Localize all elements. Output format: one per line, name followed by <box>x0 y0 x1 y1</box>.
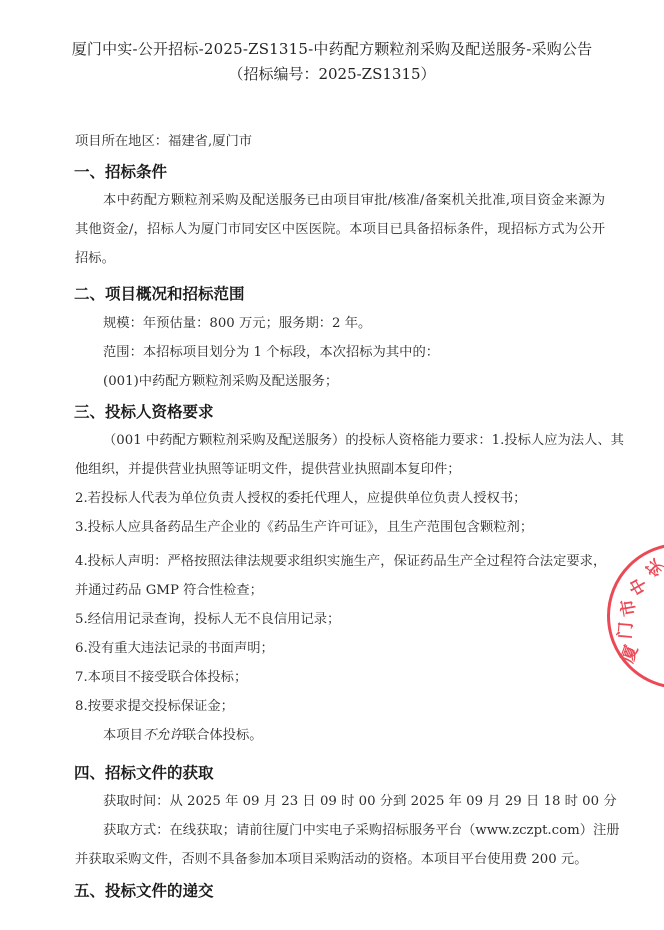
acquisition-time: 获取时间：从 2025 年 09 月 23 日 09 时 00 分到 2025 … <box>103 793 605 811</box>
seal-char: 实 <box>644 555 664 579</box>
section-heading-5: 五、投标文件的递交 <box>74 881 214 901</box>
qualification-line: （001 中药配方颗粒剂采购及配送服务）的投标人资格能力要求：1.投标人应为法人… <box>103 432 605 450</box>
document-page: 厦门中实-公开招标-2025-ZS1315-中药配方颗粒剂采购及配送服务-采购公… <box>0 0 664 930</box>
acquisition-method: 获取方式：在线获取；请前往厦门中实电子采购招标服务平台（www.zczpt.co… <box>103 822 605 840</box>
seal-char: 市 <box>620 598 640 618</box>
qualification-item-3: 3.投标人应具备药品生产企业的《药品生产许可证》，且生产范围包含颗粒剂； <box>75 519 605 537</box>
qualification-line: 他组织，并提供营业执照等证明文件，提供营业执照副本复印件； <box>75 461 605 479</box>
paragraph-line: 其他资金/，招标人为厦门市同安区中医医院。本项目已具备招标条件，现招标方式为公开 <box>75 221 605 239</box>
qualification-item-6: 6.没有重大违法记录的书面声明； <box>75 640 605 658</box>
section-heading-2: 二、项目概况和招标范围 <box>74 284 245 304</box>
tender-number: （招标编号：2025-ZS1315） <box>0 63 664 84</box>
qualification-item-4: 4.投标人声明：严格按照法律法规要求组织实施生产，保证药品生产全过程符合法定要求… <box>75 553 605 571</box>
consortium-note: 本项目不允许联合体投标。 <box>103 727 605 745</box>
section-heading-3: 三、投标人资格要求 <box>74 402 214 422</box>
qualification-item-8: 8.按要求提交投标保证金； <box>75 698 605 716</box>
scale-line: 规模：年预估量：800 万元；服务期：2 年。 <box>103 315 605 333</box>
consortium-prefix: 本项目 <box>103 728 143 743</box>
seal-char: 门 <box>617 621 635 639</box>
acquisition-method-cont: 并获取采购文件，否则不具备参加本项目采购活动的资格。本项目平台使用费 200 元… <box>75 851 605 869</box>
document-title: 厦门中实-公开招标-2025-ZS1315-中药配方颗粒剂采购及配送服务-采购公… <box>0 38 664 59</box>
qualification-item-5: 5.经信用记录查询，投标人无不良信用记录； <box>75 611 605 629</box>
qualification-item-4-cont: 并通过药品 GMP 符合性检查； <box>75 582 605 600</box>
seal-char: 中 <box>628 574 651 597</box>
paragraph-line: 本中药配方颗粒剂采购及配送服务已由项目审批/核准/备案机关批准,项目资金来源为 <box>103 192 605 210</box>
company-seal: 厦 门 市 中 实 采 <box>607 543 664 689</box>
paragraph-line: 招标。 <box>75 250 605 268</box>
section-heading-4: 四、招标文件的获取 <box>74 763 214 783</box>
seal-char: 厦 <box>620 644 642 666</box>
qualification-item-2: 2.若投标人代表为单位负责人授权的委托代理人，应提供单位负责人授权书； <box>75 490 605 508</box>
project-region: 项目所在地区：福建省,厦门市 <box>75 133 605 151</box>
consortium-suffix: 联合体投标。 <box>183 728 263 743</box>
section-heading-1: 一、招标条件 <box>74 162 167 182</box>
qualification-item-7: 7.本项目不接受联合体投标； <box>75 669 605 687</box>
scope-line: 范围：本招标项目划分为 1 个标段，本次招标为其中的： <box>103 344 605 362</box>
lot-line: (001)中药配方颗粒剂采购及配送服务； <box>103 373 605 391</box>
consortium-not-allowed: 不允许 <box>143 728 183 743</box>
